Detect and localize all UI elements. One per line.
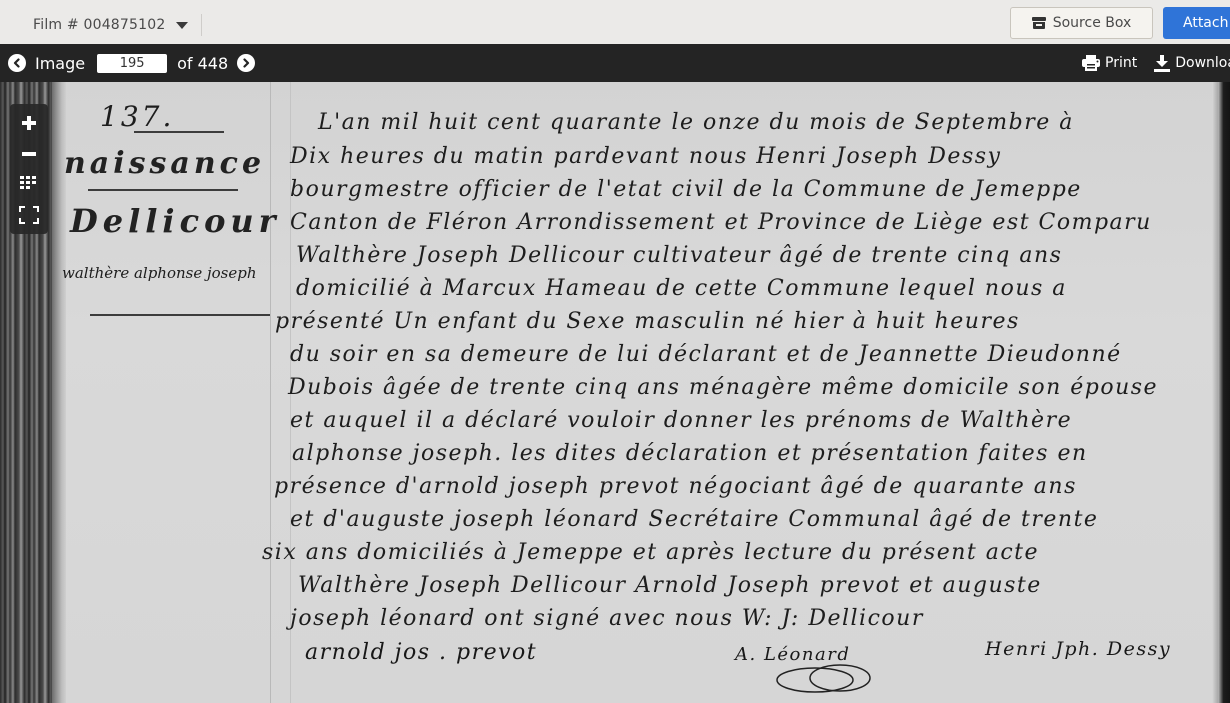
film-number-label: Film # 004875102 [33, 17, 165, 33]
zoom-controls [10, 104, 48, 234]
margin-given-names: walthère alphonse joseph [62, 264, 257, 282]
download-button[interactable]: Download [1154, 55, 1230, 72]
signature-dessy: Henri Jph. Dessy [985, 638, 1171, 660]
fullscreen-button[interactable] [14, 201, 44, 229]
attach-button[interactable]: Attach [1163, 7, 1230, 39]
archive-box-icon [1032, 17, 1046, 29]
download-label: Download [1175, 55, 1230, 71]
next-image-button[interactable] [237, 54, 255, 72]
record-line: du soir en sa demeure de lui déclarant e… [290, 342, 1122, 367]
record-line: Walthère Joseph Dellicour cultivateur âg… [296, 243, 1062, 268]
margin-underline [134, 131, 224, 133]
record-line: et d'auguste joseph léonard Secrétaire C… [290, 507, 1098, 532]
record-line: Dubois âgée de trente cinq ans ménagère … [288, 375, 1158, 400]
signature-flourish [770, 660, 890, 700]
chevron-left-icon [12, 58, 22, 68]
attach-label: Attach [1183, 15, 1228, 31]
document-image-viewer[interactable]: 137. naissance Dellicour walthère alphon… [0, 82, 1230, 703]
image-number-input[interactable] [97, 54, 167, 73]
print-label: Print [1105, 55, 1137, 71]
image-label: Image [35, 54, 85, 73]
printer-icon [1082, 55, 1100, 71]
plus-icon [22, 116, 36, 130]
margin-underline [88, 189, 238, 191]
zoom-in-button[interactable] [14, 109, 44, 137]
source-box-button[interactable]: Source Box [1010, 7, 1153, 39]
download-icon [1154, 55, 1170, 72]
margin-surname: Dellicour [70, 202, 281, 240]
margin-rule [270, 82, 271, 703]
previous-image-button[interactable] [8, 54, 26, 72]
grid-icon [20, 176, 38, 192]
chevron-right-icon [241, 58, 251, 68]
record-line: présenté Un enfant du Sexe masculin né h… [275, 309, 1020, 334]
divider [201, 14, 202, 36]
fullscreen-icon [19, 206, 39, 224]
grid-view-button[interactable] [14, 170, 44, 198]
record-number: 137. [100, 100, 174, 133]
record-line: présence d'arnold joseph prevot négocian… [274, 474, 1077, 499]
margin-record-type: naissance [64, 146, 265, 181]
film-number-dropdown[interactable]: Film # 004875102 [33, 14, 202, 36]
toolbar-actions: Print Download [1082, 44, 1230, 82]
print-button[interactable]: Print [1082, 55, 1137, 71]
chevron-down-icon [176, 22, 188, 29]
minus-icon [22, 147, 36, 161]
margin-underline [90, 314, 270, 316]
record-line: domicilié à Marcux Hameau de cette Commu… [296, 276, 1067, 301]
top-bar: Film # 004875102 Source Box Attach [0, 0, 1230, 44]
record-line: six ans domiciliés à Jemeppe et après le… [262, 540, 1039, 565]
source-box-label: Source Box [1053, 15, 1132, 31]
image-toolbar: Image of 448 Print [0, 44, 1230, 82]
record-line: et auquel il a déclaré vouloir donner le… [290, 408, 1072, 433]
record-line: Dix heures du matin pardevant nous Henri… [290, 144, 1001, 169]
record-line: Canton de Fléron Arrondissement et Provi… [290, 210, 1152, 235]
zoom-out-button[interactable] [14, 140, 44, 168]
record-line: alphonse joseph. les dites déclaration e… [292, 441, 1088, 466]
page-edge [1218, 82, 1230, 703]
image-navigation: Image of 448 [8, 44, 255, 82]
record-line: joseph léonard ont signé avec nous W: J:… [290, 606, 924, 631]
image-total-label: of 448 [177, 54, 228, 73]
record-line: L'an mil huit cent quarante le onze du m… [318, 110, 1074, 135]
record-line: Walthère Joseph Dellicour Arnold Joseph … [298, 573, 1042, 598]
signature-prevot: arnold jos . prevot [305, 640, 537, 665]
record-line: bourgmestre officier de l'etat civil de … [290, 177, 1082, 202]
